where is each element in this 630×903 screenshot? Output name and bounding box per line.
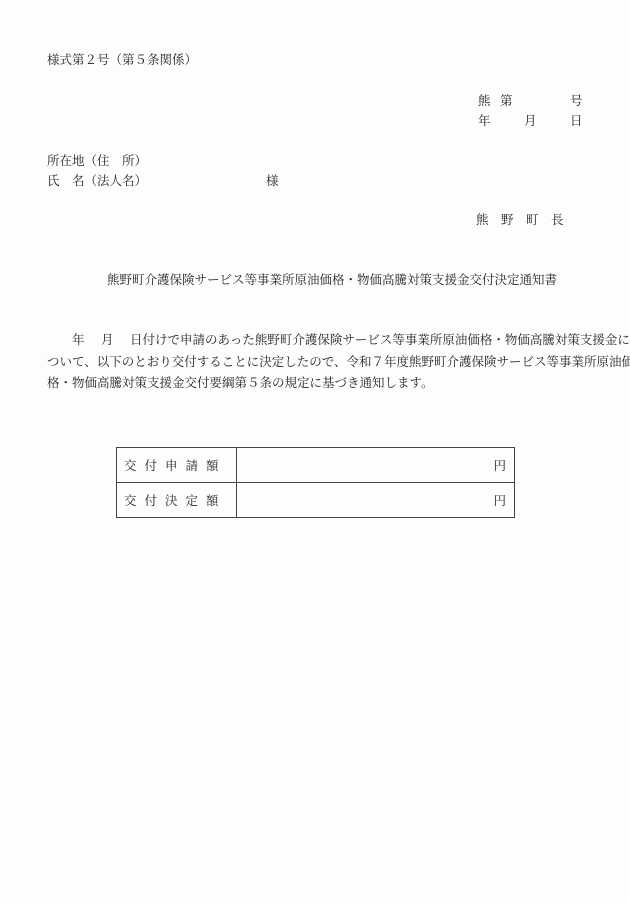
ref-dai: 第 [500,91,513,109]
applied-amount-value: 円 [237,448,515,483]
date-month: 月 [524,111,537,129]
date-year: 年 [478,111,491,129]
body-line: 年 月 日付けで申請のあった熊野町介護保険サービス等事業所原油価格・物価高騰対策… [47,329,585,351]
ref-prefix: 熊 [478,91,491,109]
issuer: 熊 野 町 長 [476,210,564,228]
honorific: 様 [266,171,279,189]
form-number: 様式第２号（第５条関係） [47,50,197,68]
body-line: ついて、以下のとおり交付することに決定したので、令和７年度熊野町介護保険サービス… [47,351,585,373]
approved-amount-value: 円 [237,483,515,518]
body-line: 格・物価高騰対策支援金交付要綱第５条の規定に基づき通知します。 [47,372,585,394]
table-row: 交付決定額 円 [117,483,515,518]
address-label: 所在地（住 所） [47,151,147,169]
applied-amount-label: 交付申請額 [117,448,237,483]
table-row: 交付申請額 円 [117,448,515,483]
body-paragraph: 年 月 日付けで申請のあった熊野町介護保険サービス等事業所原油価格・物価高騰対策… [47,329,585,394]
amount-table: 交付申請額 円 交付決定額 円 [116,447,515,518]
document-title: 熊野町介護保険サービス等事業所原油価格・物価高騰対策支援金交付決定通知書 [107,270,557,288]
ref-go: 号 [570,91,583,109]
date-day: 日 [570,111,583,129]
approved-amount-label: 交付決定額 [117,483,237,518]
name-label: 氏 名（法人名） [47,171,147,189]
